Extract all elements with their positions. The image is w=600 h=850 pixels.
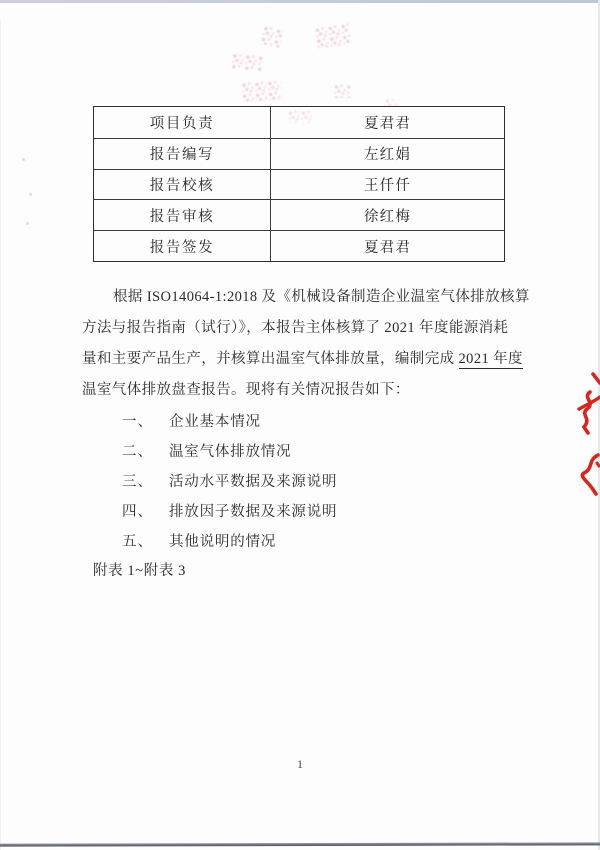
paragraph-line: 方法与报告指南（试行）》，本报告主体核算了 2021 年度能源消耗	[82, 313, 522, 344]
table-cell-name: 王仟仟	[271, 169, 504, 200]
list-item-number: 四、	[122, 500, 153, 521]
ink-speck	[29, 193, 32, 196]
list-item: 一、 企业基本情况	[122, 406, 337, 436]
page-number: 1	[0, 759, 600, 771]
list-item-number: 三、	[122, 470, 153, 491]
table-cell-name: 徐红梅	[271, 199, 504, 230]
list-item-label: 企业基本情况	[169, 410, 261, 431]
signature-table: 项目负责 夏君君 报告编写 左红娟 报告校核 王仟仟 报告审核 徐红梅 报告签发…	[93, 106, 505, 262]
list-item-label: 排放因子数据及来源说明	[169, 500, 337, 521]
list-item-label: 温室气体排放情况	[169, 440, 291, 461]
list-item-label: 活动水平数据及来源说明	[169, 470, 337, 491]
list-item: 三、 活动水平数据及来源说明	[122, 466, 337, 496]
list-item: 二、 温室气体排放情况	[122, 436, 337, 466]
ink-speck	[26, 222, 29, 225]
scanned-report-page: 项目负责 夏君君 报告编写 左红娟 报告校核 王仟仟 报告审核 徐红梅 报告签发…	[0, 0, 600, 850]
paragraph-line: 温室气体排放盘查报告。现将有关情况报告如下：	[82, 375, 522, 406]
table-cell-role: 报告校核	[94, 169, 271, 200]
list-item-number: 一、	[122, 410, 153, 431]
list-item-number: 五、	[122, 530, 153, 551]
table-cell-role: 报告签发	[94, 230, 271, 261]
list-item-label: 其他说明的情况	[169, 530, 276, 551]
list-item-number: 二、	[122, 440, 153, 461]
list-item: 四、 排放因子数据及来源说明	[122, 495, 337, 525]
scan-edge-left	[0, 20, 1, 850]
ink-speck	[22, 158, 25, 161]
report-intro-paragraph: 根据 ISO14064-1:2018 及《机械设备制造企业温室气体排放核算 方法…	[82, 282, 522, 406]
contents-list: 一、 企业基本情况 二、 温室气体排放情况 三、 活动水平数据及来源说明 四、 …	[122, 406, 337, 555]
appendix-reference: 附表 1~附表 3	[93, 556, 186, 586]
paragraph-line: 量和主要产品生产，并核算出温室气体排放量，编制完成 2021 年度	[82, 344, 522, 375]
stamp-bleed-mark	[334, 84, 350, 98]
red-ink-mark	[578, 450, 600, 498]
table-cell-name: 夏君君	[271, 107, 504, 138]
stamp-bleed-mark	[241, 80, 282, 103]
red-ink-mark	[576, 371, 600, 437]
paragraph-text: 量和主要产品生产，并核算出温室气体排放量，编制完成	[82, 351, 459, 367]
table-cell-role: 项目负责	[94, 107, 271, 138]
stamp-bleed-mark	[315, 23, 352, 50]
table-cell-role: 报告审核	[94, 199, 271, 230]
table-cell-role: 报告编写	[94, 138, 271, 169]
table-cell-name: 夏君君	[271, 230, 504, 261]
stamp-bleed-mark	[231, 53, 262, 72]
list-item: 五、 其他说明的情况	[122, 525, 337, 555]
table-cell-name: 左红娟	[271, 138, 504, 169]
stamp-bleed-mark	[260, 25, 284, 48]
scan-edge-bottom	[0, 842, 600, 846]
paragraph-line: 根据 ISO14064-1:2018 及《机械设备制造企业温室气体排放核算	[82, 282, 522, 313]
underlined-year-text: 2021 年度	[459, 351, 523, 369]
scan-edge-top	[0, 0, 600, 3]
